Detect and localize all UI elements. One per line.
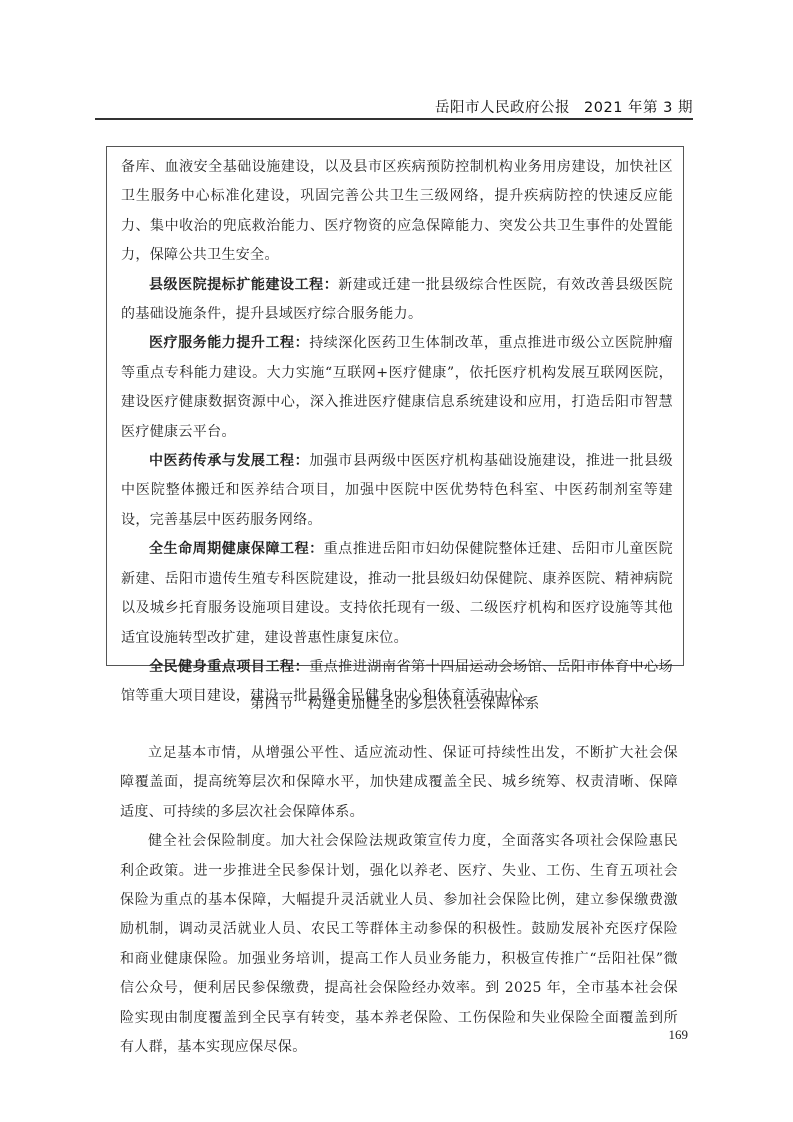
section-number: 第四节 [250,696,294,712]
header-rule [95,118,693,120]
body-text: 立足基本市情，从增强公平性、适应流动性、保证可持续性出发，不断扩大社会保障覆盖面… [120,739,678,1062]
project-title: 中医药传承与发展工程： [149,453,309,469]
project-item: 全生命周期健康保障工程：重点推进岳阳市妇幼保健院整体迁建、岳阳市儿童医院新建、岳… [121,535,673,653]
project-item: 县级医院提标扩能建设工程：新建或迁建一批县级综合性医院，有效改善县级医院的基础设… [121,271,673,330]
section-heading: 第四节构建更加健全的多层次社会保障体系 [106,693,684,713]
project-title: 县级医院提标扩能建设工程： [149,277,338,293]
project-title: 全生命周期健康保障工程： [149,541,324,557]
page-number: 169 [648,1027,688,1043]
body-paragraph: 健全社会保险制度。加大社会保险法规政策宣传力度，全面落实各项社会保险惠民利企政策… [120,827,678,1062]
issue-label: 2021 年第 3 期 [584,100,693,116]
box-continuation-text: 备库、血液安全基础设施建设，以及县市区疾病预防控制机构业务用房建设，加快社区卫生… [121,153,673,271]
section-title: 构建更加健全的多层次社会保障体系 [308,696,540,712]
project-title: 全民健身重点项目工程： [149,659,309,675]
projects-box: 备库、血液安全基础设施建设，以及县市区疾病预防控制机构业务用房建设，加快社区卫生… [106,146,684,666]
running-header: 岳阳市人民政府公报2021 年第 3 期 [95,96,693,118]
project-title: 医疗服务能力提升工程： [149,335,309,351]
body-paragraph: 立足基本市情，从增强公平性、适应流动性、保证可持续性出发，不断扩大社会保障覆盖面… [120,739,678,827]
project-item: 医疗服务能力提升工程：持续深化医药卫生体制改革，重点推进市级公立医院肿瘤等重点专… [121,329,673,447]
project-item: 中医药传承与发展工程：加强市县两级中医医疗机构基础设施建设，推进一批县级中医院整… [121,447,673,535]
publication-title: 岳阳市人民政府公报 [435,100,570,116]
